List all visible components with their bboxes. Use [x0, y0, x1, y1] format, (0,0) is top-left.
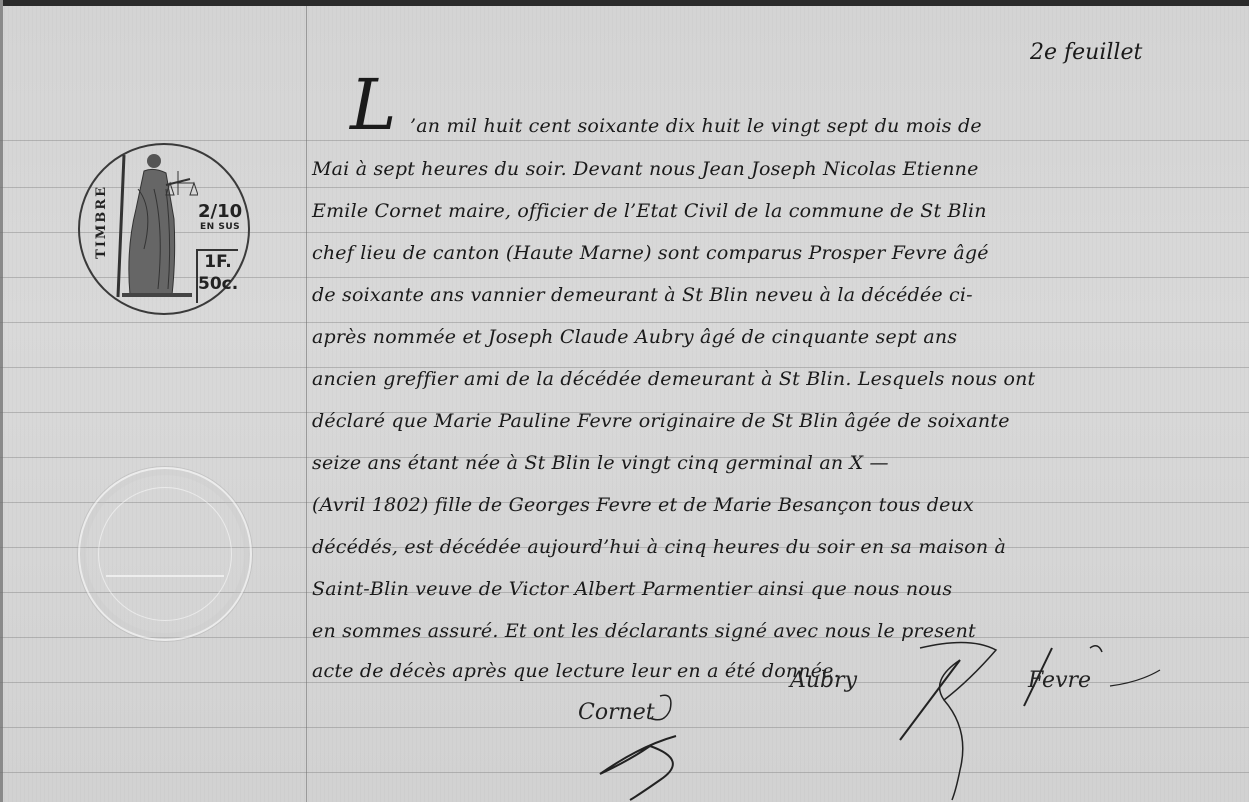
text-line-13: en sommes assuré. Et ont les déclarants …	[312, 620, 976, 642]
signature-flourish-icon	[860, 640, 1010, 802]
stamp-word: TIMBRE	[94, 185, 109, 259]
text-line-14: acte de décès après que lecture leur en …	[312, 660, 840, 682]
justice-figure-icon	[114, 149, 198, 299]
scanned-register-page: TIMBRE 2/10 EN SUS 1F. 50c. 2e feuillet …	[0, 0, 1249, 802]
text-line-11: décédés, est décédée aujourd’hui à cinq …	[312, 536, 1006, 558]
signature-flourish-icon	[590, 690, 700, 802]
text-line-10: (Avril 1802) fille de Georges Fevre et d…	[312, 494, 974, 516]
stamp-surcharge: 2/10 EN SUS	[198, 201, 242, 232]
signature-aubry: Aubry	[790, 668, 857, 693]
embossed-seal	[78, 467, 252, 641]
seal-inner-ring	[98, 487, 232, 621]
stamp-price: 1F. 50c.	[196, 249, 238, 303]
text-line-5: de soixante ans vannier demeurant à St B…	[312, 284, 973, 306]
text-line-1: ’an mil huit cent soixante dix huit le v…	[410, 115, 982, 137]
text-line-8: déclaré que Marie Pauline Fevre originai…	[312, 410, 1010, 432]
drop-cap: L	[350, 70, 396, 140]
ruled-line	[0, 322, 1249, 323]
text-line-2: Mai à sept heures du soir. Devant nous J…	[312, 158, 979, 180]
scan-top-edge	[0, 0, 1249, 6]
fiscal-stamp: TIMBRE 2/10 EN SUS 1F. 50c.	[78, 143, 250, 315]
ruled-line	[0, 140, 1249, 141]
text-line-3: Emile Cornet maire, officier de l’Etat C…	[312, 200, 987, 222]
text-line-9: seize ans étant née à St Blin le vingt c…	[312, 452, 889, 474]
folio-note: 2e feuillet	[1030, 40, 1142, 65]
signature-flourish-icon	[1010, 640, 1170, 710]
seal-base-line	[106, 575, 224, 577]
text-line-12: Saint-Blin veuve de Victor Albert Parmen…	[312, 578, 952, 600]
text-line-6: après nommée et Joseph Claude Aubry âgé …	[312, 326, 957, 348]
text-line-4: chef lieu de canton (Haute Marne) sont c…	[312, 242, 989, 264]
text-line-7: ancien greffier ami de la décédée demeur…	[312, 368, 1035, 390]
